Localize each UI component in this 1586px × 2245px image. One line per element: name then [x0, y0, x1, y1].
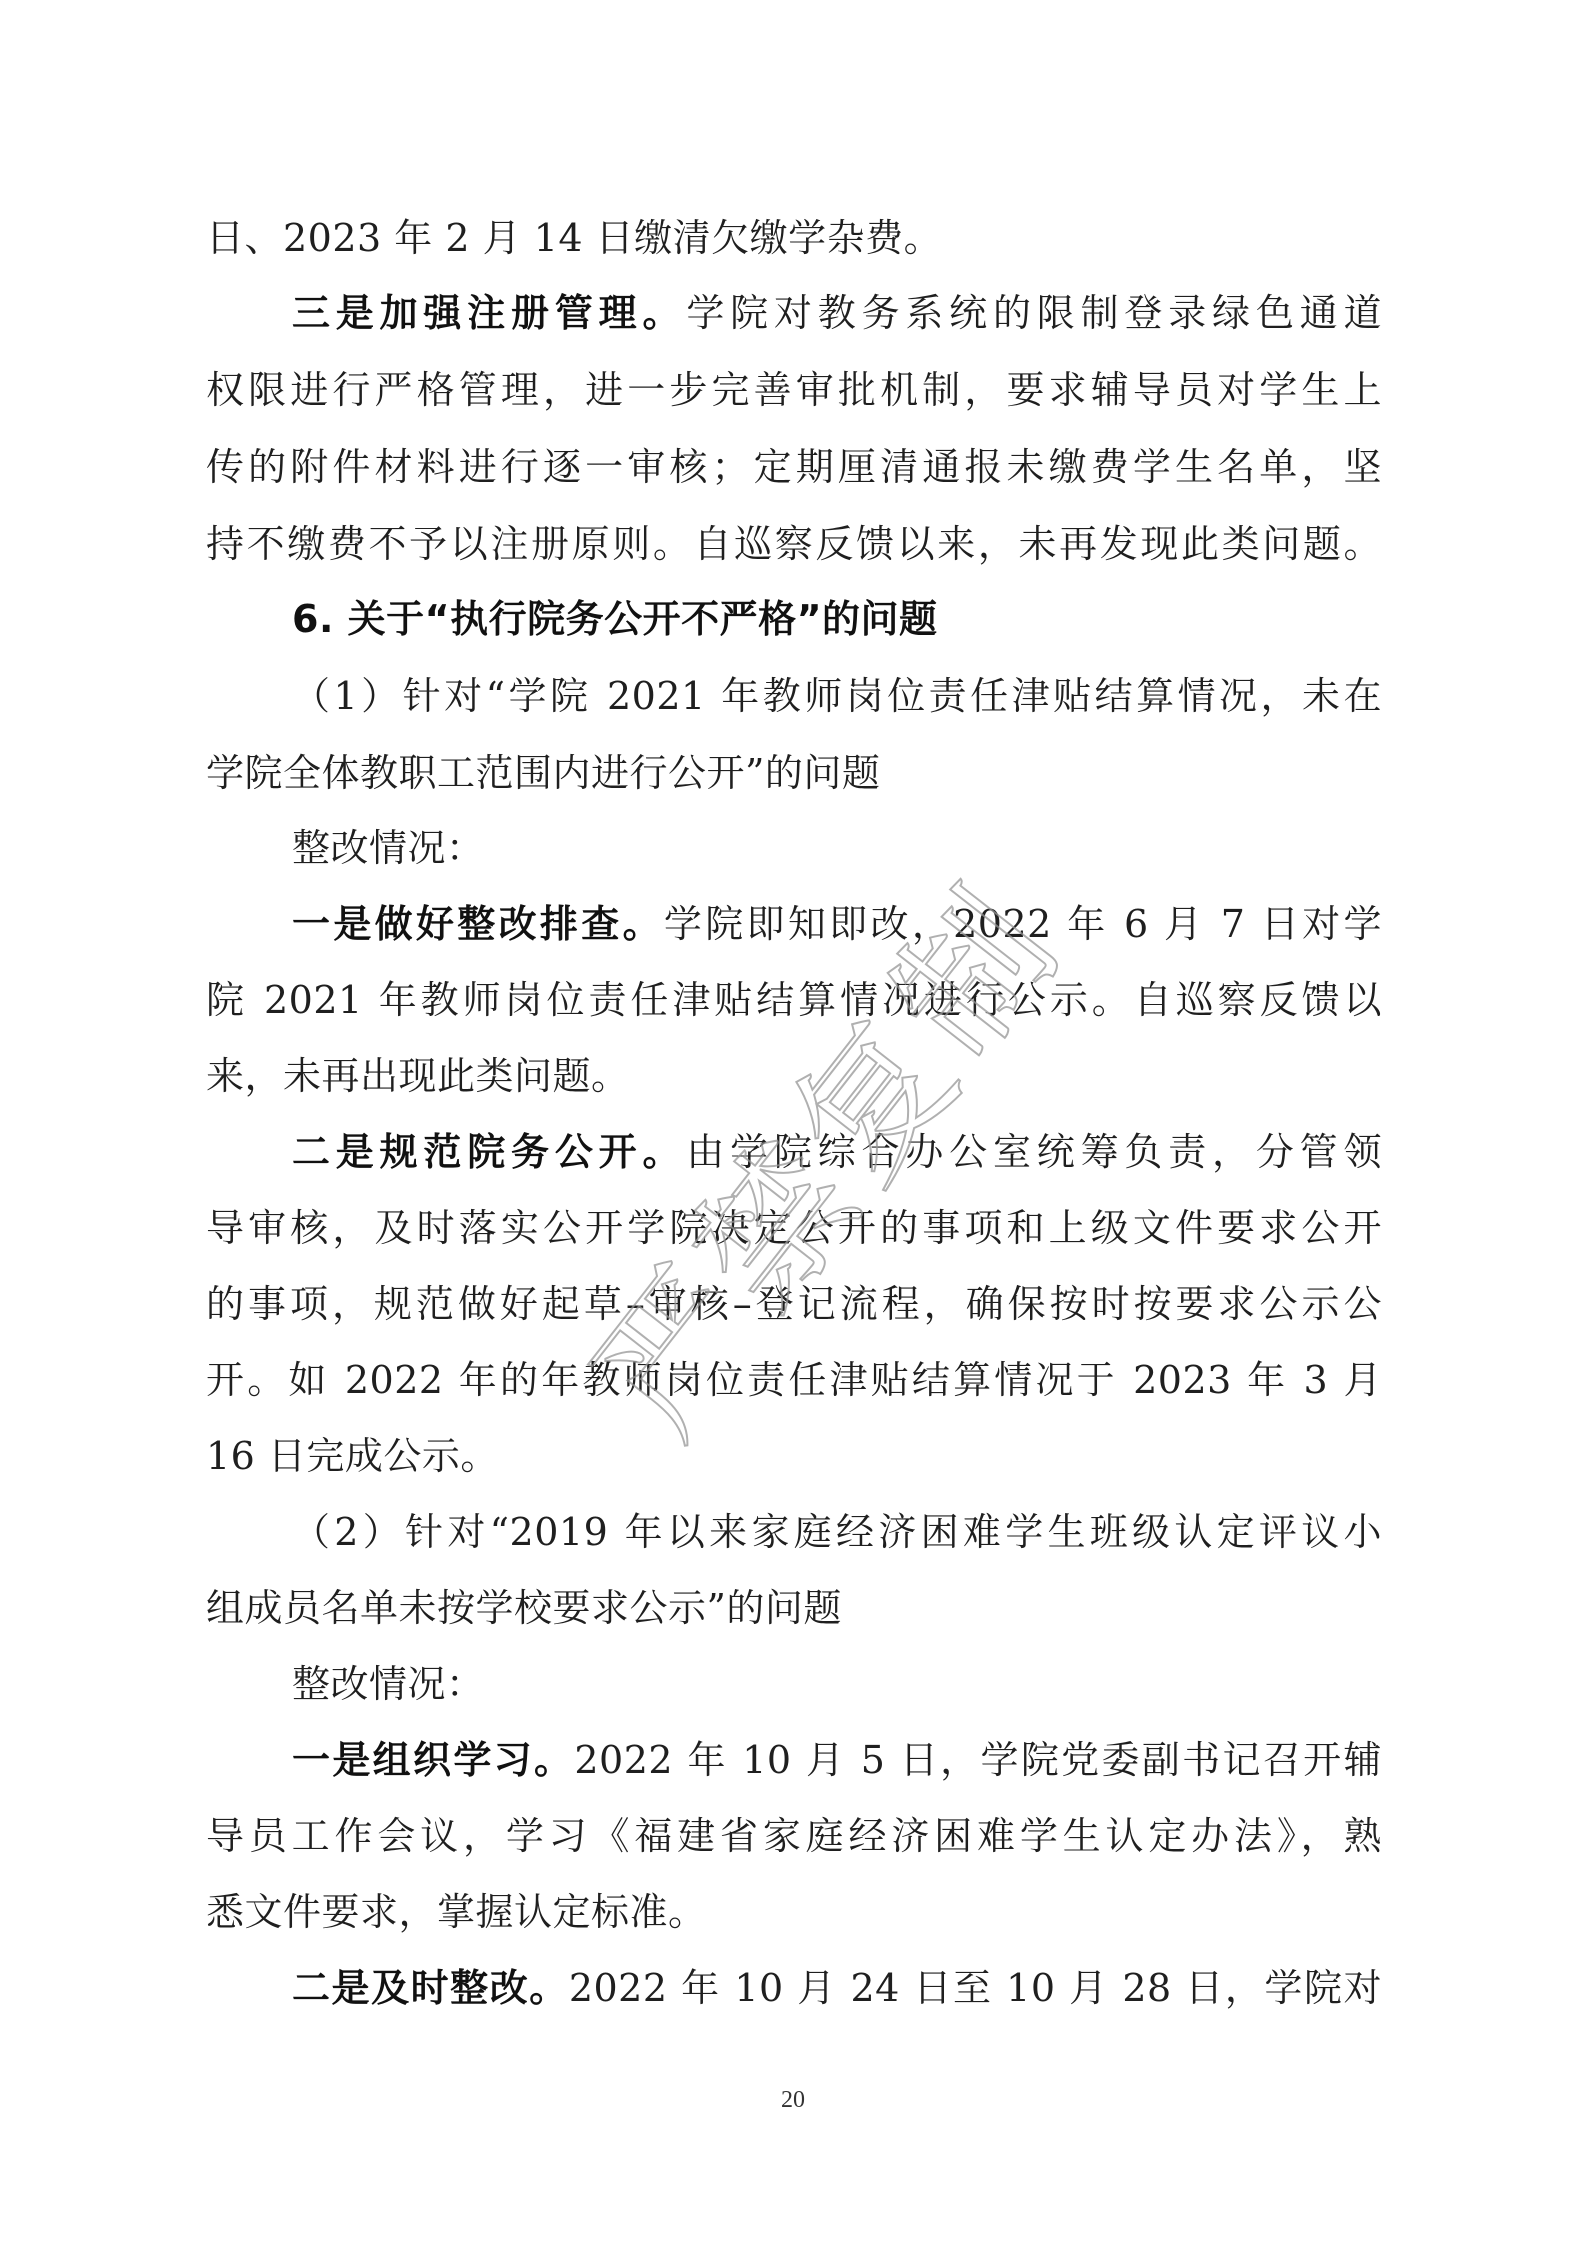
- text-run: 组成员名单未按学校要求公示”的问题: [206, 1586, 842, 1630]
- text-run: 日、2023 年 2 月 14 日缴清欠缴学杂费。: [206, 216, 942, 260]
- text-run: 权限进行严格管理，进一步完善审批机制，要求辅导员对学生上: [206, 368, 1382, 412]
- text-line: 院 2021 年教师岗位责任津贴结算情况进行公示。自巡察反馈以: [206, 970, 1382, 1030]
- text-run: （1）针对“学院 2021 年教师岗位责任津贴结算情况，未在: [292, 674, 1382, 718]
- bold-lead-phrase: 三是加强注册管理。: [292, 291, 686, 335]
- text-line: 三是加强注册管理。学院对教务系统的限制登录绿色通道: [292, 283, 1382, 343]
- text-run: 学院全体教职工范围内进行公开”的问题: [206, 751, 880, 795]
- text-line: 二是规范院务公开。由学院综合办公室统筹负责，分管领: [292, 1122, 1382, 1182]
- text-line: （2）针对“2019 年以来家庭经济困难学生班级认定评议小: [292, 1502, 1382, 1562]
- text-run: 开。如 2022 年的年教师岗位责任津贴结算情况于 2023 年 3 月: [206, 1358, 1382, 1402]
- text-run: 2022 年 10 月 5 日，学院党委副书记召开辅: [574, 1738, 1382, 1782]
- text-line: 持不缴费不予以注册原则。自巡察反馈以来，未再发现此类问题。: [206, 514, 1382, 574]
- section-heading: 6. 关于“执行院务公开不严格”的问题: [292, 589, 938, 649]
- text-line: 一是组织学习。2022 年 10 月 5 日，学院党委副书记召开辅: [292, 1730, 1382, 1790]
- text-run: 持不缴费不予以注册原则。自巡察反馈以来，未再发现此类问题。: [206, 522, 1382, 566]
- text-line: 整改情况：: [292, 1654, 485, 1714]
- text-run: 16 日完成公示。: [206, 1434, 499, 1478]
- heading-text: 6. 关于“执行院务公开不严格”的问题: [292, 597, 938, 641]
- rectification-label: 整改情况：: [292, 826, 485, 870]
- text-run: 悉文件要求，掌握认定标准。: [206, 1890, 707, 1934]
- bold-lead-phrase: 二是规范院务公开。: [292, 1130, 686, 1174]
- text-line: 悉文件要求，掌握认定标准。: [206, 1882, 707, 1942]
- text-run: 传的附件材料进行逐一审核；定期厘清通报未缴费学生名单，坚: [206, 445, 1382, 489]
- text-line: 导审核，及时落实公开学院决定公开的事项和上级文件要求公开: [206, 1198, 1382, 1258]
- text-line: 来，未再出现此类问题。: [206, 1046, 630, 1106]
- bold-lead-phrase: 二是及时整改。: [292, 1966, 569, 2010]
- text-run: 导审核，及时落实公开学院决定公开的事项和上级文件要求公开: [206, 1206, 1382, 1250]
- text-run: 导员工作会议，学习《福建省家庭经济困难学生认定办法》，熟: [206, 1814, 1382, 1858]
- text-run: 来，未再出现此类问题。: [206, 1054, 630, 1098]
- text-line: 学院全体教职工范围内进行公开”的问题: [206, 743, 880, 803]
- text-line: 一是做好整改排查。学院即知即改，2022 年 6 月 7 日对学: [292, 894, 1382, 954]
- text-run: 院 2021 年教师岗位责任津贴结算情况进行公示。自巡察反馈以: [206, 978, 1382, 1022]
- bold-lead-phrase: 一是组织学习。: [292, 1738, 574, 1782]
- text-line: 整改情况：: [292, 818, 485, 878]
- text-run: （2）针对“2019 年以来家庭经济困难学生班级认定评议小: [292, 1510, 1382, 1554]
- text-line: 16 日完成公示。: [206, 1426, 499, 1486]
- text-line: （1）针对“学院 2021 年教师岗位责任津贴结算情况，未在: [292, 666, 1382, 726]
- text-line: 二是及时整改。2022 年 10 月 24 日至 10 月 28 日，学院对: [292, 1958, 1382, 2018]
- text-run: 的事项，规范做好起草–审核–登记流程，确保按时按要求公示公: [206, 1282, 1382, 1326]
- text-run: 学院对教务系统的限制登录绿色通道: [686, 291, 1382, 335]
- bold-lead-phrase: 一是做好整改排查。: [292, 902, 664, 946]
- text-line: 权限进行严格管理，进一步完善审批机制，要求辅导员对学生上: [206, 360, 1382, 420]
- page-number: 20: [0, 2087, 1586, 2114]
- text-run: 学院即知即改，2022 年 6 月 7 日对学: [664, 902, 1382, 946]
- text-line: 的事项，规范做好起草–审核–登记流程，确保按时按要求公示公: [206, 1274, 1382, 1334]
- text-line: 日、2023 年 2 月 14 日缴清欠缴学杂费。: [206, 208, 942, 268]
- rectification-label: 整改情况：: [292, 1662, 485, 1706]
- text-line: 传的附件材料进行逐一审核；定期厘清通报未缴费学生名单，坚: [206, 437, 1382, 497]
- text-line: 导员工作会议，学习《福建省家庭经济困难学生认定办法》，熟: [206, 1806, 1382, 1866]
- text-line: 开。如 2022 年的年教师岗位责任津贴结算情况于 2023 年 3 月: [206, 1350, 1382, 1410]
- document-page: 日、2023 年 2 月 14 日缴清欠缴学杂费。 三是加强注册管理。学院对教务…: [0, 0, 1586, 2245]
- text-line: 组成员名单未按学校要求公示”的问题: [206, 1578, 842, 1638]
- text-run: 由学院综合办公室统筹负责，分管领: [686, 1130, 1382, 1174]
- text-run: 2022 年 10 月 24 日至 10 月 28 日，学院对: [569, 1966, 1382, 2010]
